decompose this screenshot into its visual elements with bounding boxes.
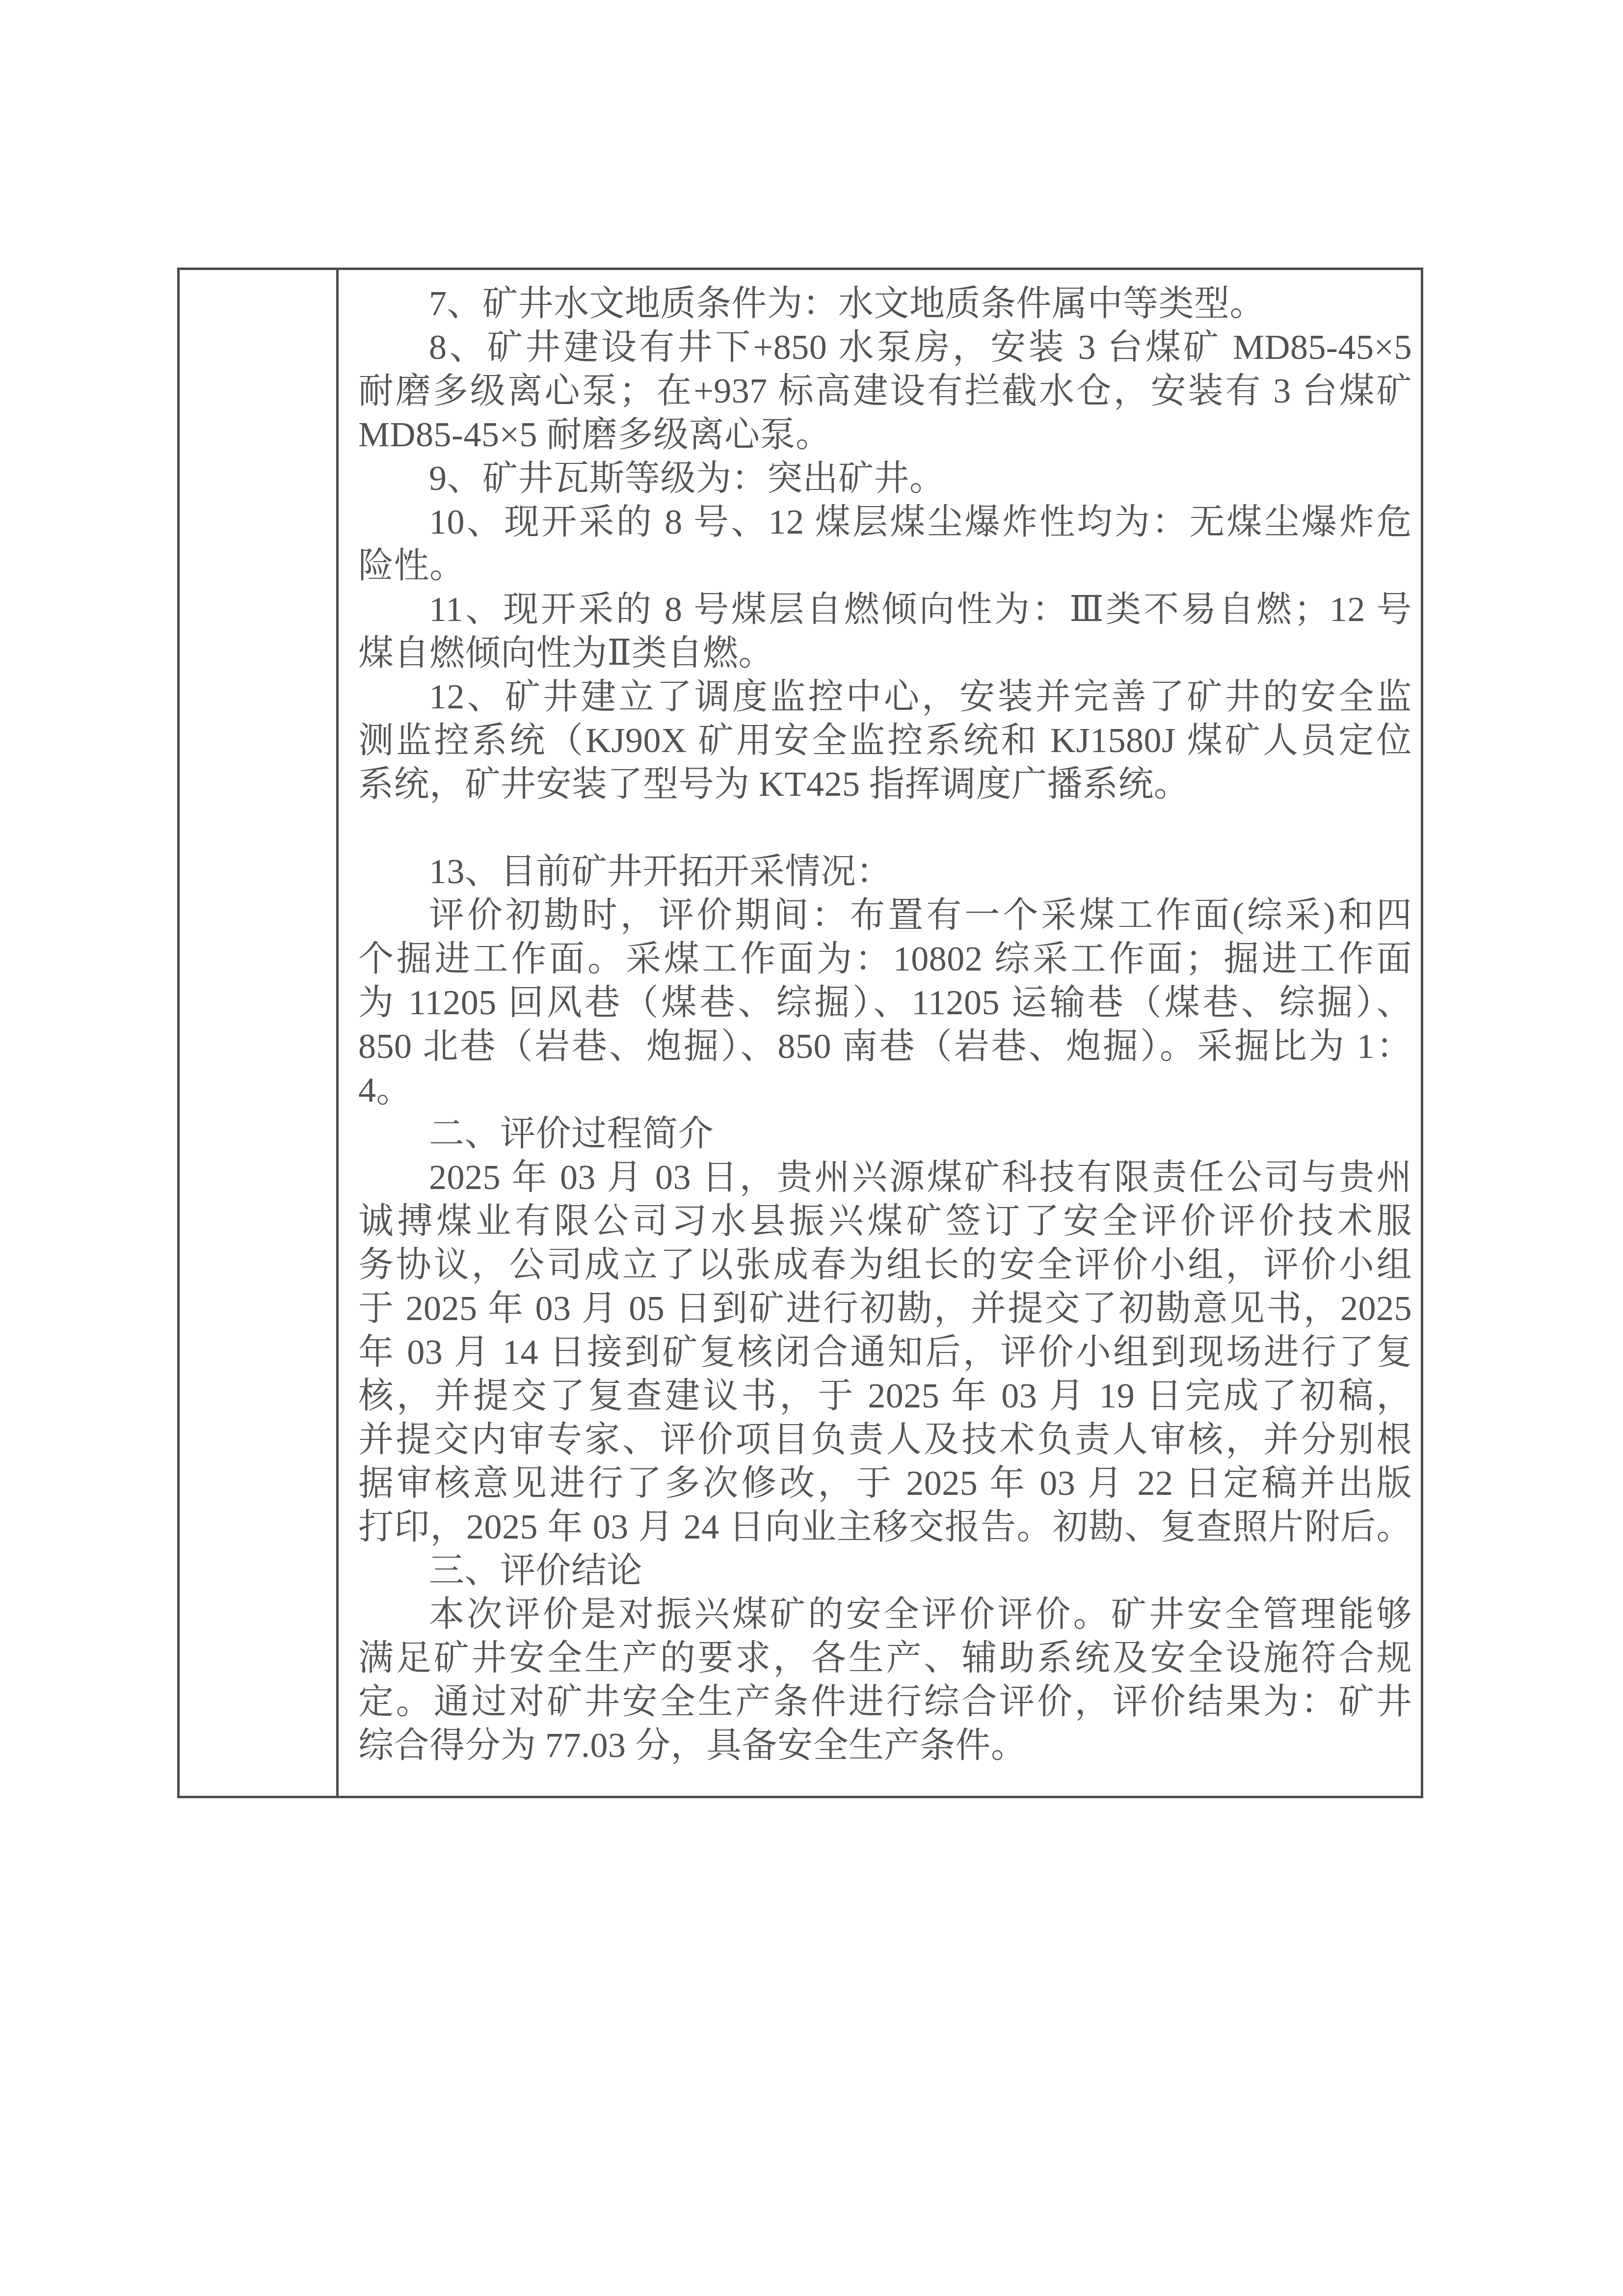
text-line: 诚搏煤业有限公司习水县振兴煤矿签订了安全评价评价技术服 bbox=[358, 1199, 1412, 1243]
text-line: 年 03 月 14 日接到矿复核闭合通知后，评价小组到现场进行了复 bbox=[358, 1330, 1412, 1374]
text-line: 11、现开采的 8 号煤层自燃倾向性为：Ⅲ类不易自燃；12 号 bbox=[358, 588, 1412, 631]
text-line: 据审核意见进行了多次修改，于 2025 年 03 月 22 日定稿并出版 bbox=[358, 1461, 1412, 1505]
text-line: 个掘进工作面。采煤工作面为：10802 综采工作面；掘进工作面 bbox=[358, 937, 1412, 981]
text-line: 定。通过对矿井安全生产条件进行综合评价，评价结果为：矿井 bbox=[358, 1680, 1412, 1724]
text-line: 12、矿井建立了调度监控中心，安装并完善了矿井的安全监 bbox=[358, 675, 1412, 719]
document-table: 7、矿井水文地质条件为：水文地质条件属中等类型。8、矿井建设有井下+850 水泵… bbox=[177, 268, 1423, 1798]
text-line: 核，并提交了复查建议书，于 2025 年 03 月 19 日完成了初稿， bbox=[358, 1374, 1412, 1418]
text-line: 满足矿井安全生产的要求，各生产、辅助系统及安全设施符合规 bbox=[358, 1636, 1412, 1680]
text-line: 8、矿井建设有井下+850 水泵房，安装 3 台煤矿 MD85-45×5 bbox=[358, 325, 1412, 369]
text-line: 13、目前矿井开拓开采情况： bbox=[358, 850, 1412, 893]
text-line: 于 2025 年 03 月 05 日到矿进行初勘，并提交了初勘意见书，2025 bbox=[358, 1287, 1412, 1330]
text-line: 打印，2025 年 03 月 24 日向业主移交报告。初勘、复查照片附后。 bbox=[358, 1505, 1412, 1549]
text-line: 务协议，公司成立了以张成春为组长的安全评价小组，评价小组 bbox=[358, 1243, 1412, 1287]
page-canvas: 7、矿井水文地质条件为：水文地质条件属中等类型。8、矿井建设有井下+850 水泵… bbox=[0, 0, 1623, 2296]
text-line bbox=[358, 806, 1412, 850]
text-line: 7、矿井水文地质条件为：水文地质条件属中等类型。 bbox=[358, 282, 1412, 325]
text-line: 评价初勘时，评价期间：布置有一个采煤工作面(综采)和四 bbox=[358, 893, 1412, 937]
text-line: 本次评价是对振兴煤矿的安全评价评价。矿井安全管理能够 bbox=[358, 1593, 1412, 1636]
text-line: 4。 bbox=[358, 1068, 1412, 1112]
text-line: 测监控系统（KJ90X 矿用安全监控系统和 KJ1580J 煤矿人员定位 bbox=[358, 719, 1412, 762]
text-line: 系统，矿井安装了型号为 KT425 指挥调度广播系统。 bbox=[358, 762, 1412, 806]
text-line: 三、评价结论 bbox=[358, 1549, 1412, 1593]
text-line: 二、评价过程简介 bbox=[358, 1112, 1412, 1156]
text-line: 为 11205 回风巷（煤巷、综掘）、11205 运输巷（煤巷、综掘）、 bbox=[358, 981, 1412, 1025]
text-line: 险性。 bbox=[358, 544, 1412, 588]
text-line: 2025 年 03 月 03 日，贵州兴源煤矿科技有限责任公司与贵州 bbox=[358, 1156, 1412, 1199]
text-line: 9、矿井瓦斯等级为：突出矿井。 bbox=[358, 457, 1412, 500]
text-line: MD85-45×5 耐磨多级离心泵。 bbox=[358, 413, 1412, 457]
table-content-cell: 7、矿井水文地质条件为：水文地质条件属中等类型。8、矿井建设有井下+850 水泵… bbox=[339, 270, 1421, 1796]
text-line: 耐磨多级离心泵；在+937 标高建设有拦截水仓，安装有 3 台煤矿 bbox=[358, 369, 1412, 413]
text-line: 煤自燃倾向性为Ⅱ类自燃。 bbox=[358, 631, 1412, 675]
text-line: 10、现开采的 8 号、12 煤层煤尘爆炸性均为：无煤尘爆炸危 bbox=[358, 500, 1412, 544]
text-line: 并提交内审专家、评价项目负责人及技术负责人审核，并分别根 bbox=[358, 1418, 1412, 1461]
text-line: 综合得分为 77.03 分，具备安全生产条件。 bbox=[358, 1724, 1412, 1767]
table-row-label-cell bbox=[180, 270, 339, 1796]
text-line: 850 北巷（岩巷、炮掘）、850 南巷（岩巷、炮掘）。采掘比为 1： bbox=[358, 1025, 1412, 1068]
